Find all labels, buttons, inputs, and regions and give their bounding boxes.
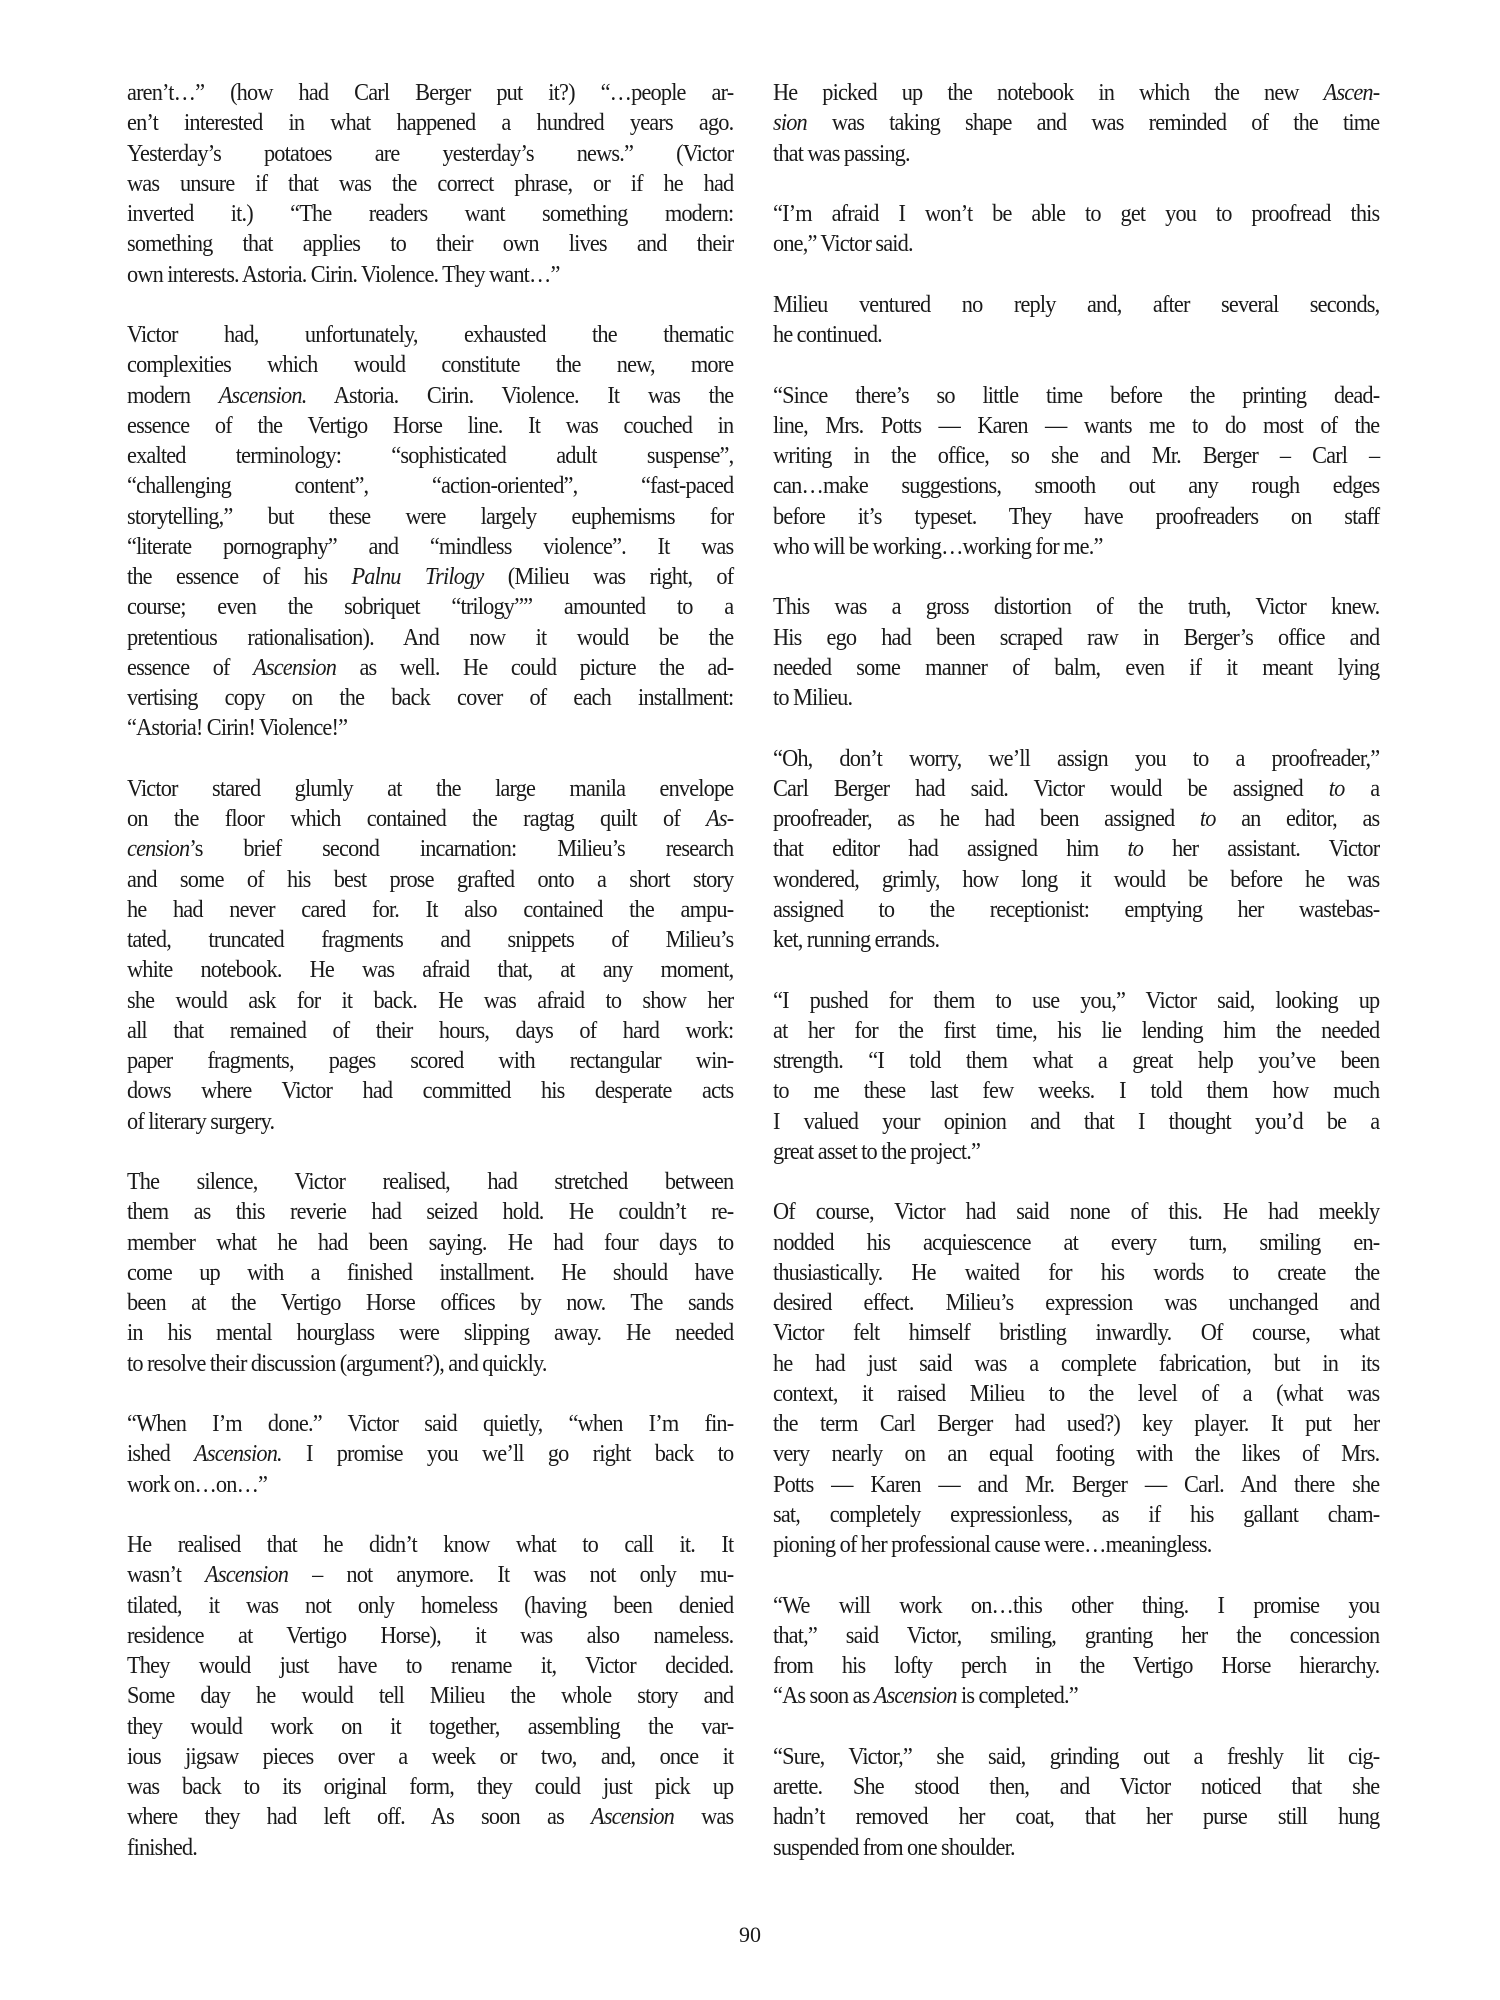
text-line: strength. “I told them what a great help… <box>773 1046 1379 1076</box>
text-line: needed some manner of balm, even if it m… <box>773 653 1379 683</box>
text-line: pioning of her professional cause were…m… <box>773 1530 1379 1560</box>
text-line: Yesterday’s potatoes are yesterday’s new… <box>127 139 733 169</box>
text-line: the term Carl Berger had used?) key play… <box>773 1409 1379 1439</box>
text-line: Potts — Karen — and Mr. Berger — Carl. A… <box>773 1470 1379 1500</box>
text-line: on the floor which contained the ragtag … <box>127 804 733 834</box>
text-line: essence of the Vertigo Horse line. It wa… <box>127 411 733 441</box>
text-line: inverted it.) “The readers want somethin… <box>127 199 733 229</box>
text-line: arette. She stood then, and Victor notic… <box>773 1772 1379 1802</box>
text-line: from his lofty perch in the Vertigo Hors… <box>773 1651 1379 1681</box>
italic-title: to <box>1127 836 1143 862</box>
italic-title: Ascension <box>253 655 336 681</box>
book-page: aren’t…” (how had Carl Berger put it?) “… <box>0 0 1500 2000</box>
text-line: storytelling,” but these were largely eu… <box>127 502 733 532</box>
text-line: “Since there’s so little time before the… <box>773 381 1379 411</box>
text-line: “Sure, Victor,” she said, grinding out a… <box>773 1742 1379 1772</box>
text-line: ious jigsaw pieces over a week or two, a… <box>127 1742 733 1772</box>
text-line: complexities which would constitute the … <box>127 350 733 380</box>
text-line: ished Ascension. I promise you we’ll go … <box>127 1439 733 1469</box>
italic-title: Ascen- <box>1324 80 1380 106</box>
text-line: member what he had been saying. He had f… <box>127 1228 733 1258</box>
paragraph: “I pushed for them to use you,” Victor s… <box>773 986 1379 1168</box>
italic-title: sion <box>773 110 807 136</box>
text-line: Victor stared glumly at the large manila… <box>127 774 733 804</box>
text-line: suspended from one shoulder. <box>773 1833 1379 1863</box>
text-line: modern Ascension. Astoria. Cirin. Violen… <box>127 381 733 411</box>
paragraph: This was a gross distortion of the truth… <box>773 592 1379 713</box>
text-line: been at the Vertigo Horse offices by now… <box>127 1288 733 1318</box>
text-line: sat, completely expressionless, as if hi… <box>773 1500 1379 1530</box>
text-line: aren’t…” (how had Carl Berger put it?) “… <box>127 78 733 108</box>
text-line: nodded his acquiescence at every turn, s… <box>773 1228 1379 1258</box>
paragraph: “When I’m done.” Victor said quietly, “w… <box>127 1409 733 1500</box>
text-line: assigned to the receptionist: emptying h… <box>773 895 1379 925</box>
text-line: cension’s brief second incarnation: Mili… <box>127 834 733 864</box>
text-line: course; even the sobriquet “trilogy”” am… <box>127 592 733 622</box>
text-line: he continued. <box>773 320 1379 350</box>
text-line: exalted terminology: “sophisticated adul… <box>127 441 733 471</box>
text-line: I valued your opinion and that I thought… <box>773 1107 1379 1137</box>
left-text-column: aren’t…” (how had Carl Berger put it?) “… <box>127 78 733 1893</box>
text-line: wasn’t Ascension – not anymore. It was n… <box>127 1560 733 1590</box>
text-line: Victor felt himself bristling inwardly. … <box>773 1318 1379 1348</box>
text-line: vertising copy on the back cover of each… <box>127 683 733 713</box>
text-line: This was a gross distortion of the truth… <box>773 592 1379 622</box>
text-line: hadn’t removed her coat, that her purse … <box>773 1802 1379 1832</box>
text-line: who will be working…working for me.” <box>773 532 1379 562</box>
paragraph: He picked up the notebook in which the n… <box>773 78 1379 169</box>
paragraph: “Since there’s so little time before the… <box>773 381 1379 563</box>
paragraph: “Sure, Victor,” she said, grinding out a… <box>773 1742 1379 1863</box>
text-line: He realised that he didn’t know what to … <box>127 1530 733 1560</box>
paragraph: He realised that he didn’t know what to … <box>127 1530 733 1863</box>
text-line: tated, truncated fragments and snippets … <box>127 925 733 955</box>
text-line: ket, running errands. <box>773 925 1379 955</box>
right-text-column: He picked up the notebook in which the n… <box>773 78 1379 1893</box>
text-line: she would ask for it back. He was afraid… <box>127 986 733 1016</box>
text-line: residence at Vertigo Horse), it was also… <box>127 1621 733 1651</box>
text-line: line, Mrs. Potts — Karen — wants me to d… <box>773 411 1379 441</box>
text-line: in his mental hourglass were slipping aw… <box>127 1318 733 1348</box>
text-line: where they had left off. As soon as Asce… <box>127 1802 733 1832</box>
text-line: writing in the office, so she and Mr. Be… <box>773 441 1379 471</box>
text-line: Milieu ventured no reply and, after seve… <box>773 290 1379 320</box>
italic-title: Ascension <box>591 1804 674 1830</box>
italic-title: Palnu Trilogy <box>351 564 483 590</box>
text-line: They would just have to rename it, Victo… <box>127 1651 733 1681</box>
text-line: The silence, Victor realised, had stretc… <box>127 1167 733 1197</box>
text-line: one,” Victor said. <box>773 229 1379 259</box>
paragraph: Milieu ventured no reply and, after seve… <box>773 290 1379 351</box>
text-line: that was passing. <box>773 139 1379 169</box>
paragraph: Of course, Victor had said none of this.… <box>773 1197 1379 1560</box>
text-line: context, it raised Milieu to the level o… <box>773 1379 1379 1409</box>
paragraph: “I’m afraid I won’t be able to get you t… <box>773 199 1379 260</box>
text-line: “I’m afraid I won’t be able to get you t… <box>773 199 1379 229</box>
paragraph: “We will work on…this other thing. I pro… <box>773 1591 1379 1712</box>
text-line: Some day he would tell Milieu the whole … <box>127 1681 733 1711</box>
text-line: tilated, it was not only homeless (havin… <box>127 1591 733 1621</box>
text-line: he had just said was a complete fabricat… <box>773 1349 1379 1379</box>
paragraph: Victor stared glumly at the large manila… <box>127 774 733 1137</box>
text-line: to resolve their discussion (argument?),… <box>127 1349 733 1379</box>
page-number: 90 <box>0 1922 1500 1948</box>
text-line: “Astoria! Cirin! Violence!” <box>127 713 733 743</box>
text-line: before it’s typeset. They have proofread… <box>773 502 1379 532</box>
paragraph: “Oh, don’t worry, we’ll assign you to a … <box>773 744 1379 956</box>
text-line: “I pushed for them to use you,” Victor s… <box>773 986 1379 1016</box>
text-line: “When I’m done.” Victor said quietly, “w… <box>127 1409 733 1439</box>
text-line: His ego had been scraped raw in Berger’s… <box>773 623 1379 653</box>
text-line: essence of Ascension as well. He could p… <box>127 653 733 683</box>
text-line: that,” said Victor, smiling, granting he… <box>773 1621 1379 1651</box>
italic-title: Ascension. <box>194 1441 282 1467</box>
text-line: “As soon as Ascension is completed.” <box>773 1681 1379 1711</box>
text-line: He picked up the notebook in which the n… <box>773 78 1379 108</box>
text-line: wondered, grimly, how long it would be b… <box>773 865 1379 895</box>
italic-title: As- <box>706 806 733 832</box>
text-line: that editor had assigned him to her assi… <box>773 834 1379 864</box>
text-line: own interests. Astoria. Cirin. Violence.… <box>127 260 733 290</box>
text-line: to me these last few weeks. I told them … <box>773 1076 1379 1106</box>
text-line: work on…on…” <box>127 1470 733 1500</box>
italic-title: to <box>1200 806 1216 832</box>
text-line: can…make suggestions, smooth out any rou… <box>773 471 1379 501</box>
text-line: and some of his best prose grafted onto … <box>127 865 733 895</box>
paragraph: aren’t…” (how had Carl Berger put it?) “… <box>127 78 733 290</box>
text-line: Carl Berger had said. Victor would be as… <box>773 774 1379 804</box>
italic-title: cension <box>127 836 189 862</box>
text-line: was back to its original form, they coul… <box>127 1772 733 1802</box>
text-line: “literate pornography” and “mindless vio… <box>127 532 733 562</box>
text-line: white notebook. He was afraid that, at a… <box>127 955 733 985</box>
text-line: them as this reverie had seized hold. He… <box>127 1197 733 1227</box>
text-line: Of course, Victor had said none of this.… <box>773 1197 1379 1227</box>
text-line: “Oh, don’t worry, we’ll assign you to a … <box>773 744 1379 774</box>
text-line: all that remained of their hours, days o… <box>127 1016 733 1046</box>
text-line: “We will work on…this other thing. I pro… <box>773 1591 1379 1621</box>
text-line: he had never cared for. It also containe… <box>127 895 733 925</box>
text-line: very nearly on an equal footing with the… <box>773 1439 1379 1469</box>
text-line: Victor had, unfortunately, exhausted the… <box>127 320 733 350</box>
text-line: the essence of his Palnu Trilogy (Milieu… <box>127 562 733 592</box>
text-line: pretentious rationalisation). And now it… <box>127 623 733 653</box>
text-line: proofreader, as he had been assigned to … <box>773 804 1379 834</box>
text-line: finished. <box>127 1833 733 1863</box>
paragraph: The silence, Victor realised, had stretc… <box>127 1167 733 1379</box>
italic-title: Ascension. <box>219 383 307 409</box>
text-line: to Milieu. <box>773 683 1379 713</box>
text-line: was unsure if that was the correct phras… <box>127 169 733 199</box>
text-line: sion was taking shape and was reminded o… <box>773 108 1379 138</box>
italic-title: Ascension <box>874 1683 957 1709</box>
text-line: desired effect. Milieu’s expression was … <box>773 1288 1379 1318</box>
text-line: come up with a finished installment. He … <box>127 1258 733 1288</box>
text-line: of literary surgery. <box>127 1107 733 1137</box>
text-line: at her for the first time, his lie lendi… <box>773 1016 1379 1046</box>
italic-title: Ascension <box>205 1562 288 1588</box>
text-line: “challenging content”, “action-oriented”… <box>127 471 733 501</box>
text-line: dows where Victor had committed his desp… <box>127 1076 733 1106</box>
text-line: they would work on it together, assembli… <box>127 1712 733 1742</box>
text-line: something that applies to their own live… <box>127 229 733 259</box>
text-line: paper fragments, pages scored with recta… <box>127 1046 733 1076</box>
text-line: en’t interested in what happened a hundr… <box>127 108 733 138</box>
text-line: great asset to the project.” <box>773 1137 1379 1167</box>
paragraph: Victor had, unfortunately, exhausted the… <box>127 320 733 744</box>
text-line: thusiastically. He waited for his words … <box>773 1258 1379 1288</box>
italic-title: to <box>1329 776 1345 802</box>
